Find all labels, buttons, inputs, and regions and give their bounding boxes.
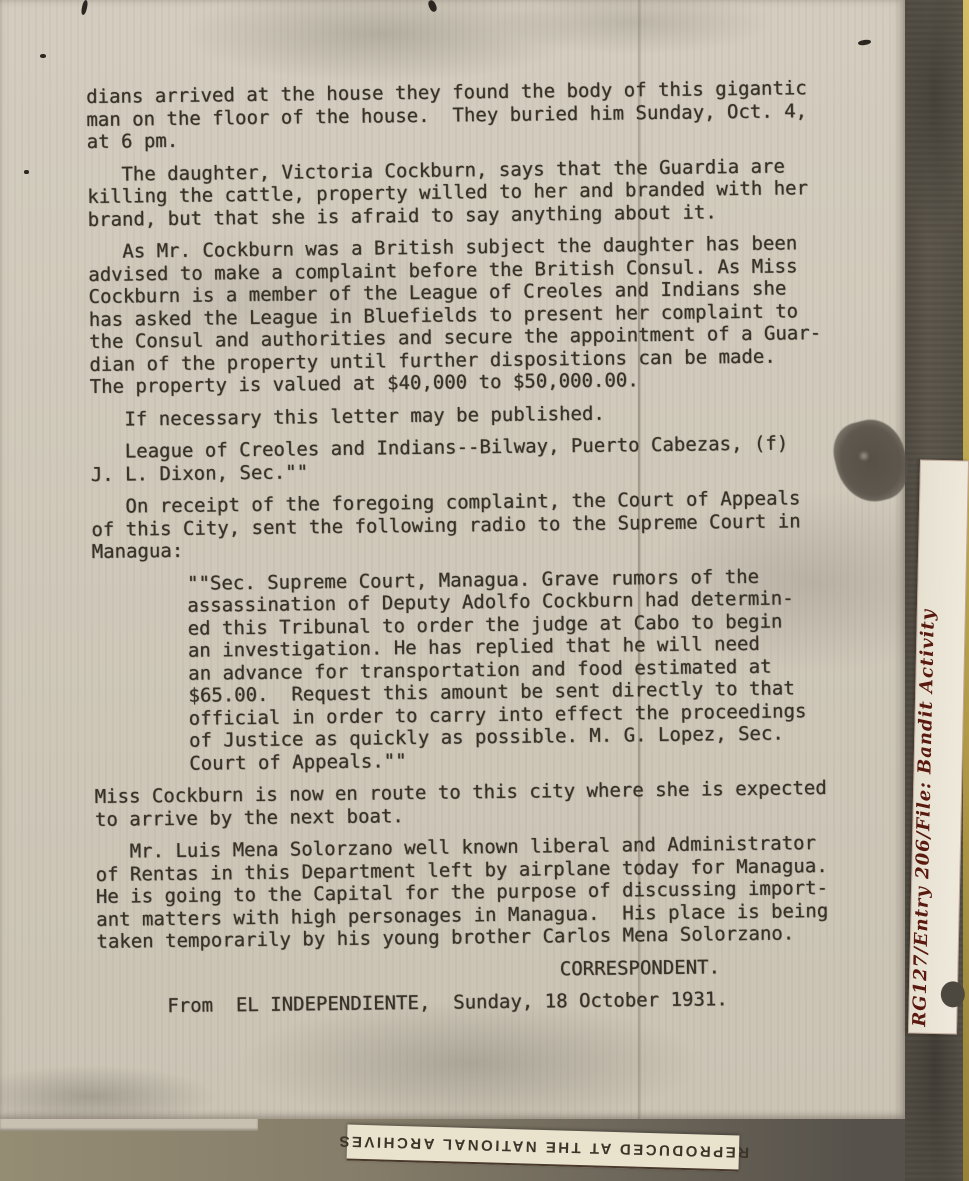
continuation-paragraph: dians arrived at the house they found th… xyxy=(86,77,857,154)
typed-line: CORRESPONDENT. xyxy=(560,954,867,980)
document-page-bottom-edge xyxy=(0,1119,258,1131)
typed-line: From EL INDEPENDIENTE, Sunday, 18 Octobe… xyxy=(167,987,867,1018)
pen-speck xyxy=(24,170,29,174)
correspondent-signature: CORRESPONDENT. xyxy=(560,954,867,980)
publish-note-paragraph: If necessary this letter may be publishe… xyxy=(90,399,860,431)
radio-message-quote: ""Sec. Supreme Court, Managua. Grave rum… xyxy=(187,564,864,775)
pen-speck xyxy=(80,0,88,15)
document-page: dians arrived at the house they found th… xyxy=(0,0,905,1119)
typed-line: If necessary this letter may be publishe… xyxy=(90,399,860,431)
source-citation: From EL INDEPENDIENTE, Sunday, 18 Octobe… xyxy=(167,987,867,1018)
archival-photo: dians arrived at the house they found th… xyxy=(0,0,969,1181)
typed-text-block: dians arrived at the house they found th… xyxy=(86,77,867,1029)
court-of-appeals-paragraph: On receipt of the foregoing complaint, t… xyxy=(91,487,862,564)
daughter-statement-paragraph: The daughter, Victoria Cockburn, says th… xyxy=(87,154,858,231)
miss-cockburn-enroute-paragraph: Miss Cockburn is now en route to this ci… xyxy=(95,777,865,831)
pen-speck xyxy=(858,39,872,46)
solorzano-paragraph: Mr. Luis Mena Solorzano well known liber… xyxy=(95,832,866,954)
league-signature-paragraph: League of Creoles and Indians--Bilway, P… xyxy=(90,432,860,486)
british-consul-paragraph: As Mr. Cockburn was a British subject th… xyxy=(88,232,860,399)
pen-speck xyxy=(40,54,46,58)
pen-speck xyxy=(427,0,438,13)
national-archives-label-text: REPRODUCED AT THE NATIONAL ARCHIVES xyxy=(337,1133,750,1162)
